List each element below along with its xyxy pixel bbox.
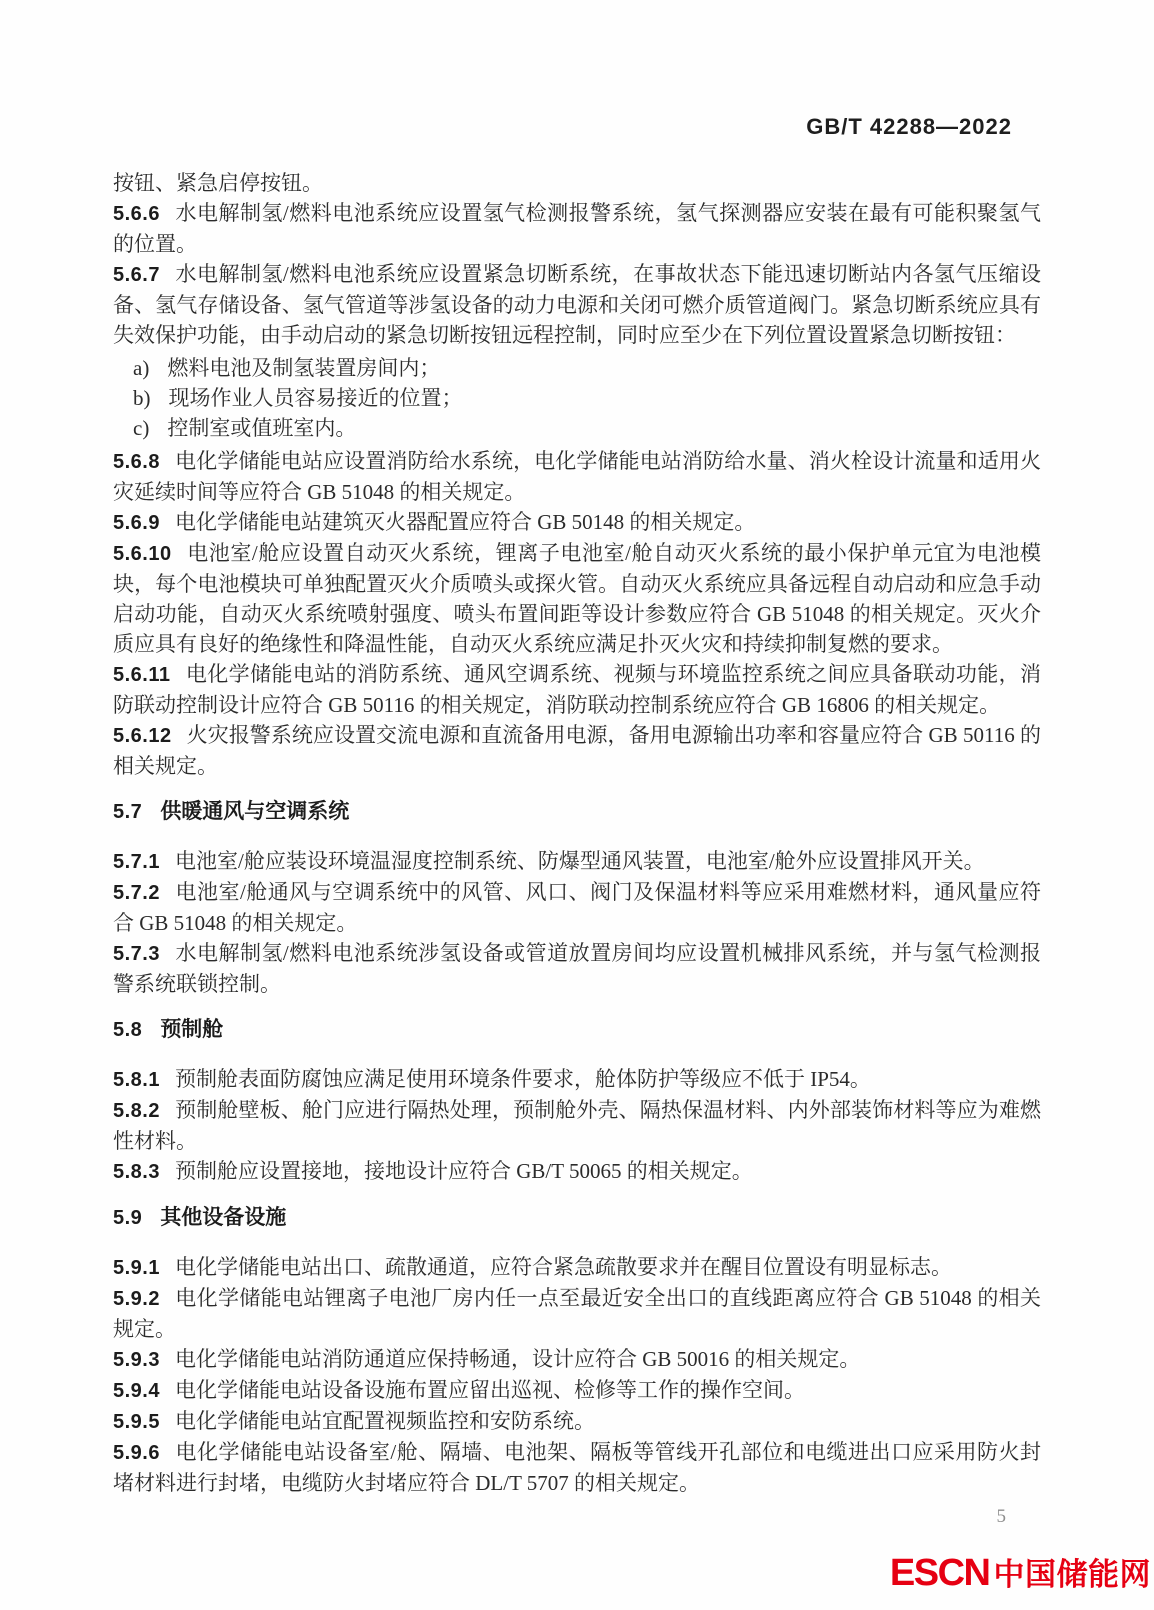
clause-number: 5.6.6 (113, 203, 175, 225)
clause-text: 电化学储能电站锂离子电池厂房内任一点至最近安全出口的直线距离应符合 GB 510… (113, 1286, 1041, 1341)
clause-number: 5.6.7 (113, 264, 175, 286)
document-body: 按钮、紧急启停按钮。5.6.6水电解制氢/燃料电池系统应设置氢气检测报警系统，氢… (113, 168, 1041, 1498)
list-item-text: 现场作业人员容易接近的位置； (169, 386, 463, 410)
clause-text: 预制舱壁板、舱门应进行隔热处理，预制舱外壳、隔热保温材料、内外部装饰材料等应为难… (113, 1098, 1041, 1153)
clause-text: 电池室/舱应装设环境温湿度控制系统、防爆型通风装置，电池室/舱外应设置排风开关。 (175, 849, 985, 873)
clause-text: 火灾报警系统应设置交流电源和直流备用电源，备用电源输出功率和容量应符合 GB 5… (113, 723, 1041, 778)
list-item: c)控制室或值班室内。 (113, 413, 1041, 443)
clause-number: 5.6.9 (113, 512, 175, 534)
clause-number: 5.6.10 (113, 543, 187, 565)
clause-text: 预制舱表面防腐蚀应满足使用环境条件要求，舱体防护等级应不低于 IP54。 (175, 1067, 871, 1091)
clause-paragraph: 5.6.8电化学储能电站应设置消防给水系统，电化学储能电站消防给水量、消火栓设计… (113, 446, 1041, 507)
clause-number: 5.6.12 (113, 725, 187, 747)
clause-number: 5.7.2 (113, 882, 175, 904)
section-title: 供暖通风与空调系统 (160, 800, 349, 823)
section-number: 5.8 (113, 1019, 160, 1041)
section-heading: 5.8预制舱 (113, 1015, 1041, 1045)
clause-paragraph: 5.7.3水电解制氢/燃料电池系统涉氢设备或管道放置房间均应设置机械排风系统，并… (113, 938, 1041, 999)
section-heading: 5.9其他设备设施 (113, 1203, 1041, 1233)
clause-text: 电化学储能电站建筑灭火器配置应符合 GB 50148 的相关规定。 (175, 510, 755, 534)
clause-paragraph: 5.7.1电池室/舱应装设环境温湿度控制系统、防爆型通风装置，电池室/舱外应设置… (113, 846, 1041, 877)
clause-paragraph: 5.9.2电化学储能电站锂离子电池厂房内任一点至最近安全出口的直线距离应符合 G… (113, 1283, 1041, 1344)
section-number: 5.9 (113, 1207, 160, 1229)
clause-text: 水电解制氢/燃料电池系统应设置紧急切断系统，在事故状态下能迅速切断站内各氢气压缩… (113, 262, 1041, 347)
logo-chinese-text: 中国储能网 (994, 1549, 1152, 1594)
clause-paragraph: 5.6.11电化学储能电站的消防系统、通风空调系统、视频与环境监控系统之间应具备… (113, 659, 1041, 720)
clause-number: 5.9.1 (113, 1257, 175, 1279)
clause-number: 5.9.2 (113, 1288, 175, 1310)
clause-text: 电池室/舱应设置自动灭火系统，锂离子电池室/舱自动灭火系统的最小保护单元宜为电池… (113, 541, 1041, 656)
clause-number: 5.7.1 (113, 851, 175, 873)
document-page: GB/T 42288—2022 按钮、紧急启停按钮。5.6.6水电解制氢/燃料电… (0, 0, 1154, 1610)
standard-code-header: GB/T 42288—2022 (806, 114, 1012, 140)
section-title: 预制舱 (160, 1018, 223, 1041)
site-logo-watermark: ESCN 中国储能网 (890, 1549, 1151, 1595)
clause-number: 5.8.2 (113, 1100, 175, 1122)
list-item-marker: a) (133, 353, 167, 383)
clause-text: 电化学储能电站的消防系统、通风空调系统、视频与环境监控系统之间应具备联动功能，消… (113, 662, 1041, 717)
clause-paragraph: 5.8.1预制舱表面防腐蚀应满足使用环境条件要求，舱体防护等级应不低于 IP54… (113, 1064, 1041, 1095)
section-heading: 5.7供暖通风与空调系统 (113, 797, 1041, 827)
clause-number: 5.9.6 (113, 1442, 175, 1464)
clause-text: 按钮、紧急启停按钮。 (113, 171, 323, 195)
clause-text: 水电解制氢/燃料电池系统应设置氢气检测报警系统，氢气探测器应安装在最有可能积聚氢… (113, 201, 1041, 256)
clause-number: 5.9.3 (113, 1349, 175, 1371)
list-item-marker: b) (133, 383, 169, 413)
clause-paragraph: 5.6.7水电解制氢/燃料电池系统应设置紧急切断系统，在事故状态下能迅速切断站内… (113, 259, 1041, 350)
clause-number: 5.8.3 (113, 1161, 175, 1183)
clause-text: 电化学储能电站宜配置视频监控和安防系统。 (175, 1409, 595, 1433)
clause-paragraph: 5.6.10电池室/舱应设置自动灭火系统，锂离子电池室/舱自动灭火系统的最小保护… (113, 538, 1041, 659)
clause-paragraph: 5.6.9电化学储能电站建筑灭火器配置应符合 GB 50148 的相关规定。 (113, 507, 1041, 538)
clause-text: 电化学储能电站设备室/舱、隔墙、电池架、隔板等管线开孔部位和电缆进出口应采用防火… (113, 1440, 1041, 1495)
list-item-text: 控制室或值班室内。 (167, 416, 356, 440)
clause-number: 5.6.11 (113, 664, 186, 686)
clause-paragraph: 5.6.6水电解制氢/燃料电池系统应设置氢气检测报警系统，氢气探测器应安装在最有… (113, 198, 1041, 259)
clause-text: 电化学储能电站应设置消防给水系统，电化学储能电站消防给水量、消火栓设计流量和适用… (113, 449, 1041, 504)
clause-paragraph: 5.9.6电化学储能电站设备室/舱、隔墙、电池架、隔板等管线开孔部位和电缆进出口… (113, 1437, 1041, 1498)
clause-text: 水电解制氢/燃料电池系统涉氢设备或管道放置房间均应设置机械排风系统，并与氢气检测… (113, 941, 1041, 996)
list-item: b)现场作业人员容易接近的位置； (113, 383, 1041, 413)
clause-list: a)燃料电池及制氢装置房间内；b)现场作业人员容易接近的位置；c)控制室或值班室… (113, 353, 1041, 443)
logo-escn-text: ESCN (890, 1552, 994, 1595)
continuation-paragraph: 按钮、紧急启停按钮。 (113, 168, 1041, 198)
section-title: 其他设备设施 (160, 1206, 286, 1229)
clause-paragraph: 5.9.5电化学储能电站宜配置视频监控和安防系统。 (113, 1406, 1041, 1437)
clause-number: 5.8.1 (113, 1069, 175, 1091)
clause-text: 电化学储能电站消防通道应保持畅通，设计应符合 GB 50016 的相关规定。 (175, 1347, 860, 1371)
clause-number: 5.7.3 (113, 943, 175, 965)
clause-text: 电化学储能电站出口、疏散通道，应符合紧急疏散要求并在醒目位置设有明显标志。 (175, 1255, 952, 1279)
section-number: 5.7 (113, 801, 160, 823)
clause-text: 电池室/舱通风与空调系统中的风管、风口、阀门及保温材料等应采用难燃材料，通风量应… (113, 880, 1041, 935)
clause-paragraph: 5.9.3电化学储能电站消防通道应保持畅通，设计应符合 GB 50016 的相关… (113, 1344, 1041, 1375)
clause-paragraph: 5.9.4电化学储能电站设备设施布置应留出巡视、检修等工作的操作空间。 (113, 1375, 1041, 1406)
list-item-marker: c) (133, 413, 167, 443)
page-number: 5 (997, 1506, 1007, 1528)
clause-paragraph: 5.7.2电池室/舱通风与空调系统中的风管、风口、阀门及保温材料等应采用难燃材料… (113, 877, 1041, 938)
clause-text: 预制舱应设置接地，接地设计应符合 GB/T 50065 的相关规定。 (175, 1159, 753, 1183)
list-item-text: 燃料电池及制氢装置房间内； (167, 356, 440, 380)
clause-number: 5.9.5 (113, 1411, 175, 1433)
clause-paragraph: 5.8.2预制舱壁板、舱门应进行隔热处理，预制舱外壳、隔热保温材料、内外部装饰材… (113, 1095, 1041, 1156)
clause-paragraph: 5.8.3预制舱应设置接地，接地设计应符合 GB/T 50065 的相关规定。 (113, 1156, 1041, 1187)
clause-number: 5.9.4 (113, 1380, 175, 1402)
clause-number: 5.6.8 (113, 451, 175, 473)
clause-text: 电化学储能电站设备设施布置应留出巡视、检修等工作的操作空间。 (175, 1378, 805, 1402)
clause-paragraph: 5.6.12火灾报警系统应设置交流电源和直流备用电源，备用电源输出功率和容量应符… (113, 720, 1041, 781)
clause-paragraph: 5.9.1电化学储能电站出口、疏散通道，应符合紧急疏散要求并在醒目位置设有明显标… (113, 1252, 1041, 1283)
list-item: a)燃料电池及制氢装置房间内； (113, 353, 1041, 383)
